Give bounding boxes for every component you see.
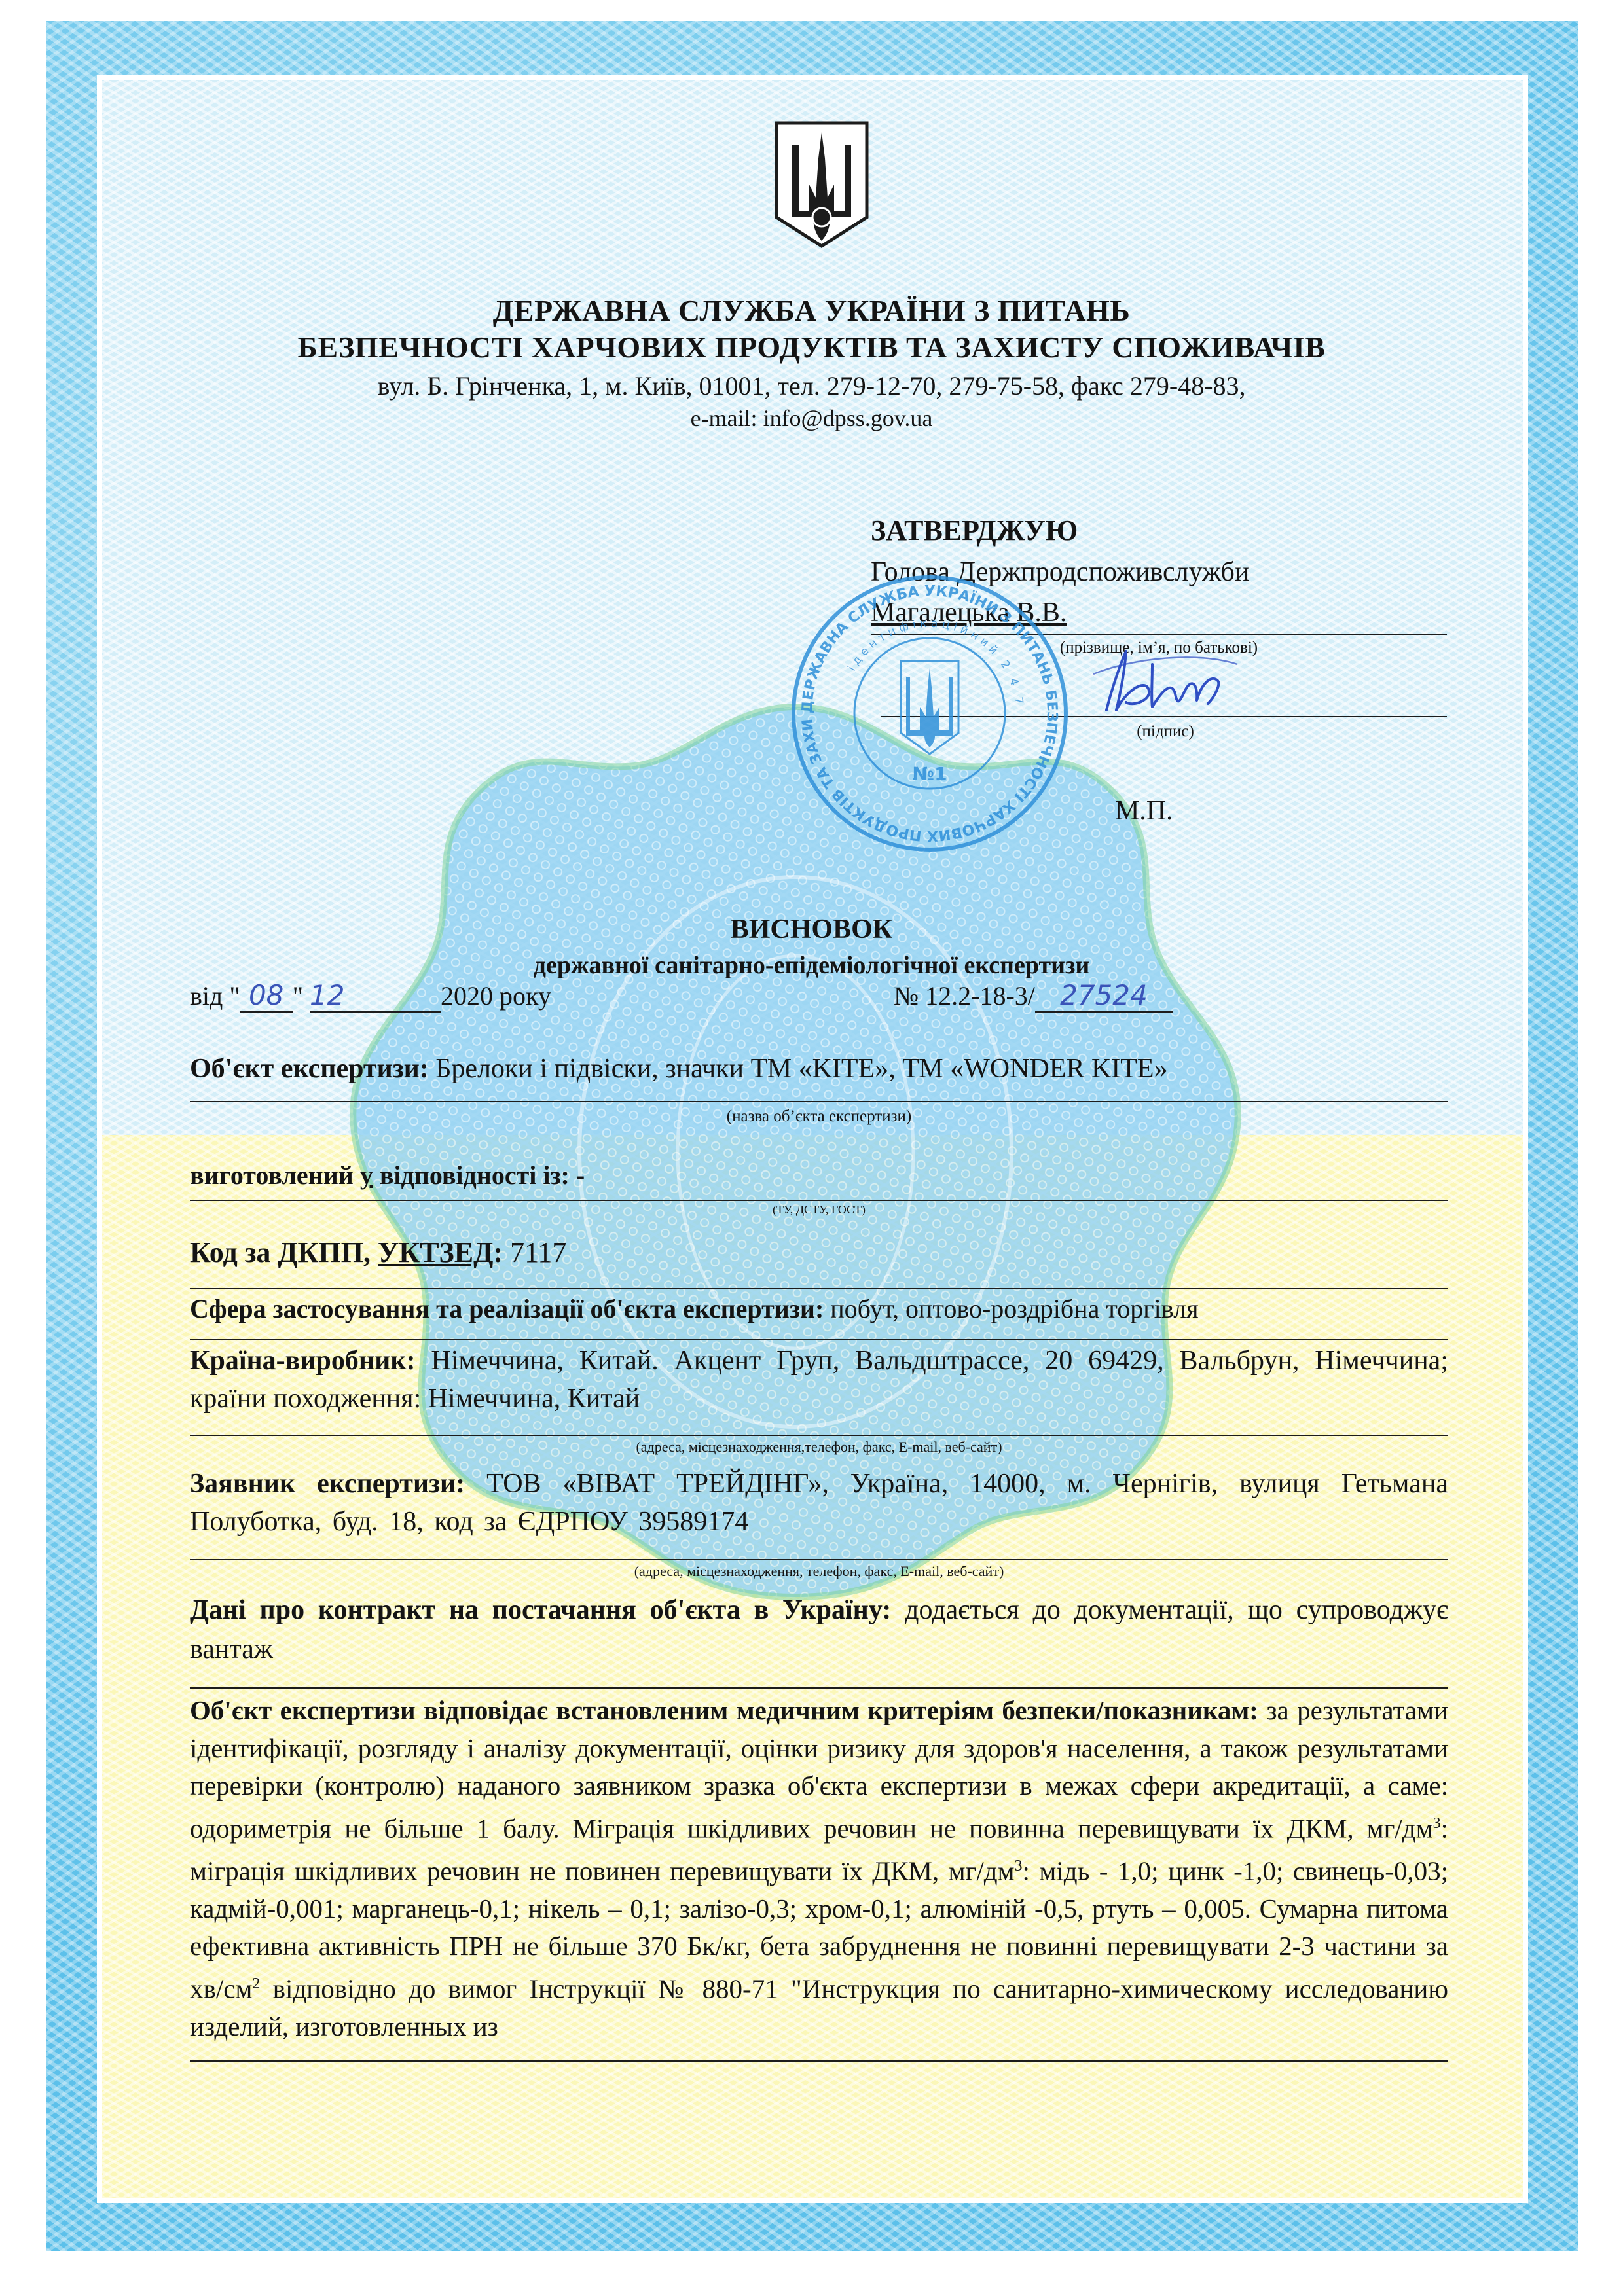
object-rule bbox=[190, 1101, 1448, 1102]
section-code: Код за ДКПП, УКТЗЕД: 7117 bbox=[190, 1234, 1448, 1271]
manufactured-caption: (ТУ, ДСТУ, ГОСТ) bbox=[190, 1203, 1448, 1217]
object-value: Брелоки і підвіски, значки ТМ «KITE», ТМ… bbox=[429, 1054, 1168, 1084]
date-year: 2020 року bbox=[441, 981, 551, 1011]
signature-rule bbox=[881, 716, 1447, 717]
country-label: Країна-виробник: bbox=[190, 1346, 416, 1376]
section-compliance: Об'єкт експертизи відповідає встановлени… bbox=[190, 1692, 1448, 2045]
contract-rule bbox=[190, 1687, 1448, 1689]
conclusion-date: від "08" 122020 року bbox=[190, 979, 551, 1013]
applicant-rule bbox=[190, 1559, 1448, 1560]
date-day: 08 bbox=[240, 979, 293, 1013]
compliance-rule bbox=[190, 2060, 1448, 2062]
section-country: Країна-виробник: Німеччина, Китай. Акцен… bbox=[190, 1342, 1448, 1418]
compliance-text-4: відповідно до вимог Інструкції № 880-71 … bbox=[190, 1973, 1448, 2041]
name-caption: (прізвище, ім’я, по батькові) bbox=[1021, 639, 1296, 657]
applicant-caption: (адреса, місцезнаходження, телефон, факс… bbox=[190, 1563, 1448, 1580]
object-caption: (назва об’єкта експертизи) bbox=[190, 1107, 1448, 1126]
date-month: 12 bbox=[310, 979, 441, 1013]
number-prefix: № 12.2-18-3/ bbox=[894, 981, 1035, 1011]
conclusion-number: № 12.2-18-3/27524 bbox=[894, 979, 1173, 1013]
contract-label: Дані про контракт на постачання об'єкта … bbox=[190, 1595, 891, 1625]
agency-name-line1: ДЕРЖАВНА СЛУЖБА УКРАЇНИ З ПИТАНЬ bbox=[0, 293, 1623, 328]
approver-position: Голова Держпродспоживслужби bbox=[871, 556, 1249, 588]
manufactured-label: виготовлений у відповідності із: bbox=[190, 1160, 570, 1190]
approver-name: Магалецька В.В. bbox=[871, 597, 1067, 628]
scope-value: побут, оптово-роздрібна торгівля bbox=[824, 1294, 1198, 1323]
country-caption: (адреса, місцезнаходження,телефон, факс,… bbox=[190, 1439, 1448, 1456]
code-rule bbox=[190, 1288, 1448, 1289]
scope-label: Сфера застосування та реалізації об'єкта… bbox=[190, 1294, 824, 1323]
compliance-label: Об'єкт експертизи відповідає встановлени… bbox=[190, 1695, 1258, 1725]
code-value: 7117 bbox=[503, 1236, 566, 1268]
conclusion-title: ВИСНОВОК bbox=[0, 914, 1623, 945]
section-object: Об'єкт експертизи: Брелоки і підвіски, з… bbox=[190, 1050, 1448, 1087]
object-label: Об'єкт експертизи: bbox=[190, 1054, 429, 1084]
section-manufactured: виготовлений у відповідності із: - bbox=[190, 1157, 1448, 1194]
date-mid: " bbox=[293, 981, 303, 1011]
country-rule bbox=[190, 1435, 1448, 1436]
approval-title: ЗАТВЕРДЖУЮ bbox=[871, 514, 1078, 547]
manufactured-rule bbox=[190, 1200, 1448, 1201]
agency-name-line2: БЕЗПЕЧНОСТІ ХАРЧОВИХ ПРОДУКТІВ ТА ЗАХИСТ… bbox=[0, 330, 1623, 365]
date-prefix: від " bbox=[190, 981, 240, 1011]
trident-coat-of-arms-icon bbox=[773, 119, 871, 250]
signature-caption: (підпис) bbox=[1113, 723, 1218, 741]
agency-address: вул. Б. Грінченка, 1, м. Київ, 01001, те… bbox=[0, 370, 1623, 401]
agency-email: e-mail: info@dpss.gov.ua bbox=[0, 404, 1623, 432]
section-contract: Дані про контракт на постачання об'єкта … bbox=[190, 1590, 1448, 1669]
name-rule bbox=[871, 634, 1447, 635]
manufactured-value: - bbox=[570, 1160, 585, 1190]
section-applicant: Заявник експертизи: ТОВ «ВІВАТ ТРЕЙДІНГ»… bbox=[190, 1465, 1448, 1541]
scope-rule bbox=[190, 1339, 1448, 1340]
seal-label: М.П. bbox=[1115, 795, 1173, 827]
applicant-label: Заявник експертизи: bbox=[190, 1469, 465, 1499]
section-scope: Сфера застосування та реалізації об'єкта… bbox=[190, 1291, 1448, 1327]
number-value: 27524 bbox=[1035, 979, 1173, 1013]
conclusion-subtitle: державної санітарно-епідеміологічної екс… bbox=[0, 951, 1623, 980]
code-label: Код за ДКПП, УКТЗЕД: bbox=[190, 1236, 503, 1268]
